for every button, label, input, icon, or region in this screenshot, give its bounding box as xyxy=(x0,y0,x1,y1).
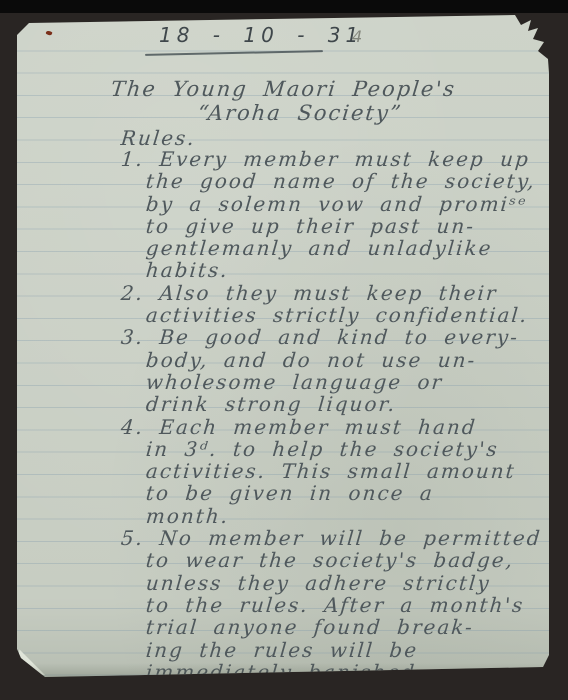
handwritten-line: trial anyone found break- xyxy=(145,616,568,638)
handwritten-line: activities strictly confidential. xyxy=(145,304,568,326)
handwritten-line: ing the rules will be xyxy=(145,639,568,661)
handwritten-line: unless they adhere strictly xyxy=(145,572,568,594)
date-underline xyxy=(145,50,323,56)
page-number: 4 xyxy=(352,27,363,46)
scan-top-strip xyxy=(0,0,568,13)
handwritten-line: immediately banished xyxy=(145,661,568,683)
title-line-1: The Young Maori People's xyxy=(110,77,458,101)
handwritten-line: in 3ᵈ. to help the society's xyxy=(145,438,568,460)
handwritten-line: to wear the society's badge, xyxy=(145,549,568,571)
handwritten-line: 2. Also they must keep their xyxy=(120,282,568,304)
ink-stain xyxy=(45,30,52,36)
handwritten-line: month. xyxy=(145,505,568,527)
handwritten-line: drink strong liquor. xyxy=(145,393,568,415)
handwritten-line: to give up their past un- xyxy=(145,215,568,237)
handwritten-line: wholesome language or xyxy=(145,371,568,393)
title-line-2: “Aroha Society” xyxy=(197,101,404,125)
handwritten-line: 5. No member will be permitted xyxy=(120,527,568,549)
handwritten-line: 1. Every member must keep up xyxy=(120,148,568,170)
handwritten-line: by a solemn vow and promiˢᵉ xyxy=(145,193,568,215)
handwritten-line: to be given in once a xyxy=(145,482,568,504)
handwritten-line: gentlemanly and unladylike xyxy=(145,237,568,259)
handwritten-line: body, and do not use un- xyxy=(145,349,568,371)
date-heading: 18 - 10 - 31 xyxy=(159,23,363,47)
handwritten-line: habits. xyxy=(145,259,568,281)
rules-list: 1. Every member must keep upthe good nam… xyxy=(17,148,568,683)
handwritten-line: the good name of the society, xyxy=(145,170,568,192)
handwritten-line: 3. Be good and kind to every- xyxy=(120,326,568,348)
manuscript-page: 18 - 10 - 31 4 The Young Maori People's … xyxy=(17,15,549,677)
scan-background: 18 - 10 - 31 4 The Young Maori People's … xyxy=(0,0,568,700)
handwritten-line: activities. This small amount xyxy=(145,460,568,482)
handwritten-line: to the rules. After a month's xyxy=(145,594,568,616)
handwritten-line: 4. Each member must hand xyxy=(120,416,568,438)
